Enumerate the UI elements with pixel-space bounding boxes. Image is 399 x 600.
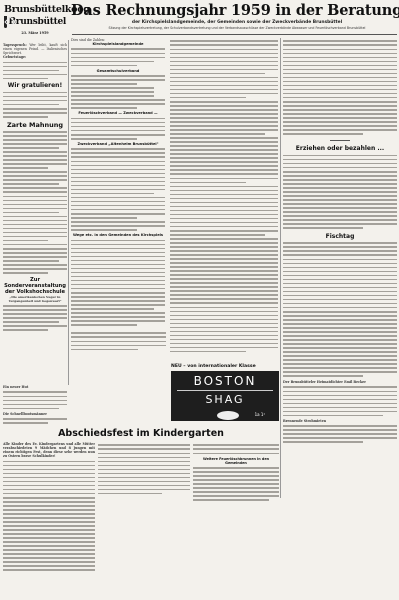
subsection-kirchspielslandgemeinde: Kirchspielslandgemeinde: [71, 42, 165, 46]
subsection-feuerloeschverband: Feuerlöschverband — Zweckverband —: [71, 111, 165, 115]
subsection-gesamtschulverband: Gesamtschulverband: [71, 69, 165, 73]
brief-strohmieten: Brennende Strohmieten: [283, 419, 326, 423]
ad-brand-boston: BOSTON: [171, 371, 279, 388]
section-subtitle-volkshochschule: „Die amerikanischen Neger in Vergangenhe…: [3, 295, 67, 303]
feuerloesch-article: Weitere Feuerlöschbrunnen in den Gemeind…: [193, 442, 279, 504]
lead-subhead: der Kirchspielslandgemeinde, der Gemeind…: [78, 20, 396, 25]
divider: [72, 34, 397, 35]
birthdays-label: Geburtstage:: [3, 55, 26, 59]
kindergarten-article-col1: Alle Kinder des Ev. Kindergartens und al…: [3, 442, 95, 598]
budget-column-continued: [170, 38, 278, 360]
brief-emil-becker: Der Brunsbütteler Heimatdichter Emil Bec…: [283, 380, 366, 384]
bottom-headline-wrap: Abschiedsfest im Kindergarten: [3, 428, 279, 439]
bottom-headline: Abschiedsfest im Kindergarten: [3, 428, 279, 439]
kindergarten-lead: Alle Kinder des Ev. Kindergartens und al…: [3, 442, 95, 458]
ad-brand-shag: SHAG: [171, 393, 279, 406]
masthead-title-2: Brunsbüttel: [9, 17, 67, 27]
column-rule: [280, 38, 281, 498]
lead-headline: Das Rechnungsjahr 1959 in der Beratung: [71, 2, 397, 19]
note-schnellboot: Die Schnellbootsmänner: [3, 412, 47, 416]
newspaper-page: Brunsbüttelkoog Brunsbüttel 23. März 195…: [0, 0, 399, 600]
section-title-wir-gratulieren: Wir gratulieren!: [3, 82, 67, 89]
left-column: Tagesspruch: Wer leiht, kauft sich einen…: [3, 40, 67, 382]
town-crest-icon: [4, 16, 7, 28]
masthead: Brunsbüttelkoog Brunsbüttel 23. März 195…: [4, 4, 66, 35]
right-column: Erziehen oder bezahlen ... Fischtag Der …: [283, 38, 397, 558]
subsection-wege: Wege etc. in den Gemeinden des Kirchspie…: [71, 233, 165, 237]
masthead-title-1: Brunsbüttelkoog: [4, 4, 66, 15]
ad-tagline: NEU – von internationaler Klasse: [171, 364, 279, 369]
section-title-feuerloeschbrunnen: Weitere Feuerlöschbrunnen in den Gemeind…: [193, 457, 279, 465]
ship-emblem-icon: [217, 411, 239, 420]
section-title-volkshochschule: Zur Sonderveranstaltung der Volkshochsch…: [3, 277, 67, 295]
ad-price: 1a 1¹: [255, 412, 265, 417]
section-title-zarte-mahnung: Zarte Mahnung: [3, 121, 67, 129]
continued-text: [71, 330, 166, 360]
section-title-fischtag: Fischtag: [283, 233, 397, 240]
column-rule: [68, 40, 69, 385]
note-hut: Ein neuer Hut: [3, 385, 28, 389]
budget-column: Dies sind die Zahlen: Kirchspielslandgem…: [71, 38, 165, 360]
subsection-altenheim: Zweckverband „Altenheim Brunsbüttel": [71, 142, 165, 146]
issue-date: 23. März 1959: [4, 31, 66, 35]
lead-subhead-detail: Sitzung der Kirchspielsvertretung, der S…: [78, 26, 396, 30]
section-title-erziehen: Erziehen oder bezahlen ...: [283, 145, 397, 152]
kindergarten-article-col2: [98, 442, 190, 502]
advertisement-boston-shag: NEU – von internationaler Klasse BOSTON …: [171, 364, 279, 422]
brief-notes: Ein neuer Hut Die Schnellbootsmänner: [3, 385, 67, 427]
